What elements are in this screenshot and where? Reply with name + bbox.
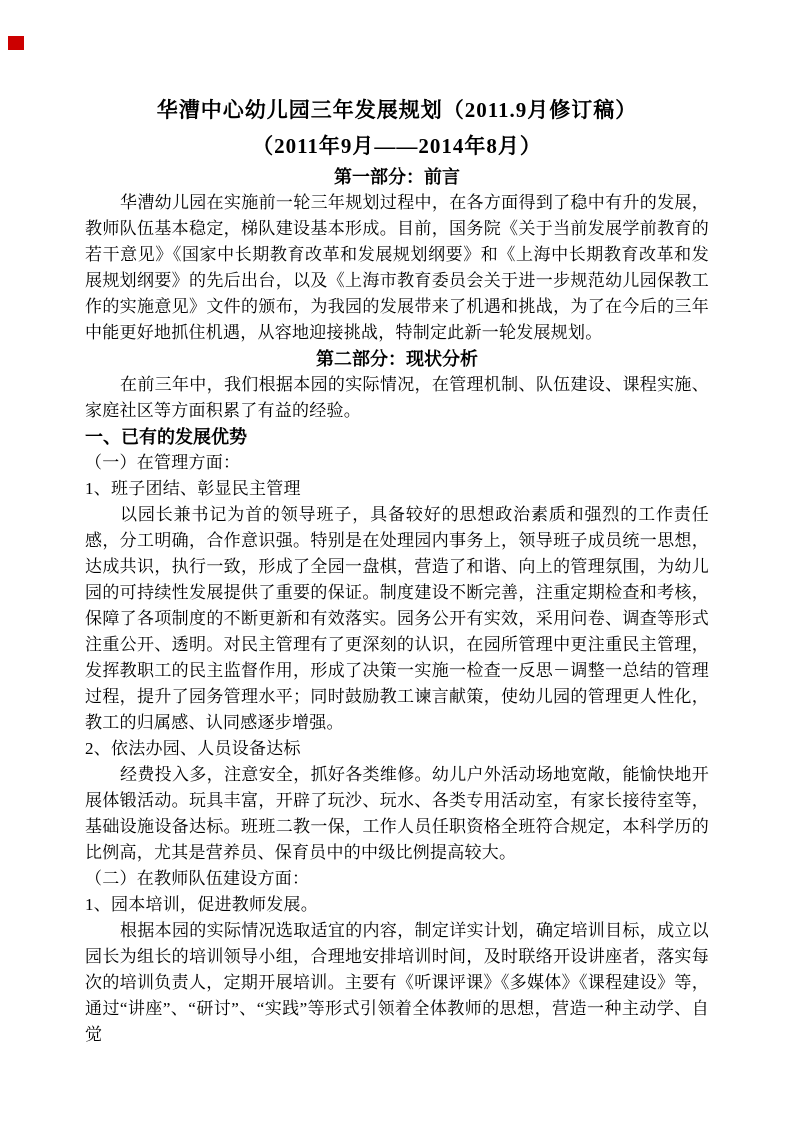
heading-item2-lawful-operation: 2、依法办园、人员设备达标	[85, 736, 709, 762]
heading-teacher-team: （二）在教师队伍建设方面：	[85, 866, 709, 892]
heading-item1-team-unity: 1、班子团结、彰显民主管理	[85, 476, 709, 502]
paragraph-training: 根据本园的实际情况选取适宜的内容，制定详实计划，确定培训目标，成立以园长为组长的…	[85, 918, 709, 1048]
heading-advantages: 一、已有的发展优势	[85, 424, 709, 450]
paragraph-facilities: 经费投入多，注意安全，抓好各类维修。幼儿户外活动场地宽敞，能愉快地开展体锻活动。…	[85, 762, 709, 866]
document-content: 华漕中心幼儿园三年发展规划（2011.9月修订稿） （2011年9月——2014…	[85, 92, 709, 1048]
red-annotation-mark	[8, 36, 24, 50]
page-subtitle: （2011年9月——2014年8月）	[85, 128, 709, 164]
paragraph-management: 以园长兼书记为首的领导班子，具备较好的思想政治素质和强烈的工作责任感，分工明确，…	[85, 502, 709, 736]
paragraph-foreword: 华漕幼儿园在实施前一轮三年规划过程中，在各方面得到了稳中有升的发展，教师队伍基本…	[85, 190, 709, 346]
heading-management-aspect: （一）在管理方面：	[85, 450, 709, 476]
document-page: 华漕中心幼儿园三年发展规划（2011.9月修订稿） （2011年9月——2014…	[0, 0, 794, 1123]
section-heading-part2: 第二部分：现状分析	[85, 346, 709, 372]
section-heading-part1: 第一部分：前言	[85, 164, 709, 190]
page-title: 华漕中心幼儿园三年发展规划（2011.9月修订稿）	[85, 92, 709, 128]
paragraph-status-intro: 在前三年中，我们根据本园的实际情况，在管理机制、队伍建设、课程实施、家庭社区等方…	[85, 372, 709, 424]
heading-item1-training: 1、园本培训，促进教师发展。	[85, 892, 709, 918]
